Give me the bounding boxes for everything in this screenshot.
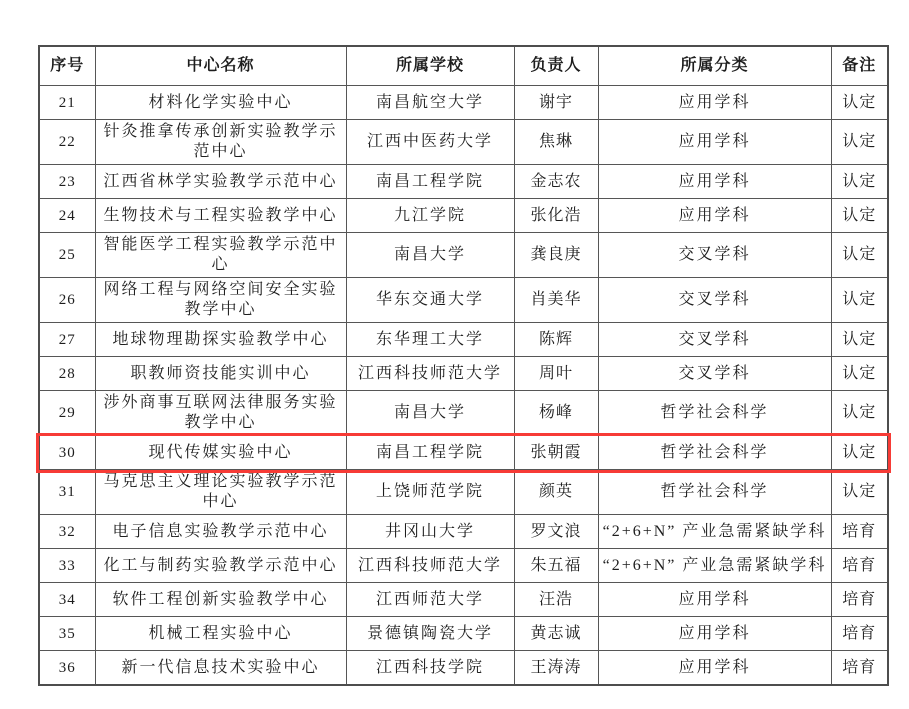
cell-no: 35 [39,617,95,651]
cell-no: 30 [39,436,95,470]
cell-school: 江西科技学院 [346,651,514,686]
cell-name: 材料化学实验中心 [95,86,346,120]
cell-leader: 肖美华 [514,278,598,323]
cell-name: 涉外商事互联网法律服务实验 教学中心 [95,391,346,436]
cell-name: 软件工程创新实验教学中心 [95,583,346,617]
cell-no: 32 [39,515,95,549]
header-row: 序号 中心名称 所属学校 负责人 所属分类 备注 [39,46,888,86]
cell-school: 南昌工程学院 [346,436,514,470]
col-header-school: 所属学校 [346,46,514,86]
cell-remark: 认定 [831,470,888,515]
cell-remark: 认定 [831,199,888,233]
centers-table: 序号 中心名称 所属学校 负责人 所属分类 备注 21材料化学实验中心南昌航空大… [38,45,889,686]
cell-category: 应用学科 [598,583,831,617]
cell-no: 28 [39,357,95,391]
cell-name: 针灸推拿传承创新实验教学示 范中心 [95,120,346,165]
col-header-no: 序号 [39,46,95,86]
cell-name: 新一代信息技术实验中心 [95,651,346,686]
table-row: 35机械工程实验中心景德镇陶瓷大学黄志诚应用学科培育 [39,617,888,651]
col-header-remark: 备注 [831,46,888,86]
cell-no: 29 [39,391,95,436]
cell-no: 31 [39,470,95,515]
table-row: 27地球物理勘探实验教学中心东华理工大学陈辉交叉学科认定 [39,323,888,357]
table-row: 26网络工程与网络空间安全实验 教学中心华东交通大学肖美华交叉学科认定 [39,278,888,323]
cell-school: 东华理工大学 [346,323,514,357]
cell-category: “2+6+N” 产业急需紧缺学科 [598,549,831,583]
cell-school: 南昌工程学院 [346,165,514,199]
col-header-category: 所属分类 [598,46,831,86]
table-row-highlighted: 30现代传媒实验中心南昌工程学院张朝霞哲学社会科学认定 [39,436,888,470]
cell-category: 哲学社会科学 [598,436,831,470]
cell-school: 九江学院 [346,199,514,233]
cell-leader: 朱五福 [514,549,598,583]
cell-category: 应用学科 [598,120,831,165]
cell-name: 马克思主义理论实验教学示范 中心 [95,470,346,515]
table-row: 32电子信息实验教学示范中心井冈山大学罗文浪“2+6+N” 产业急需紧缺学科培育 [39,515,888,549]
cell-remark: 认定 [831,436,888,470]
table-row: 28职教师资技能实训中心江西科技师范大学周叶交叉学科认定 [39,357,888,391]
cell-name: 生物技术与工程实验教学中心 [95,199,346,233]
cell-no: 26 [39,278,95,323]
cell-category: 哲学社会科学 [598,391,831,436]
cell-no: 21 [39,86,95,120]
cell-category: 应用学科 [598,651,831,686]
cell-remark: 认定 [831,278,888,323]
cell-no: 24 [39,199,95,233]
cell-remark: 培育 [831,617,888,651]
cell-remark: 认定 [831,323,888,357]
table-row: 21材料化学实验中心南昌航空大学谢宇应用学科认定 [39,86,888,120]
table-row: 33化工与制药实验教学示范中心江西科技师范大学朱五福“2+6+N” 产业急需紧缺… [39,549,888,583]
cell-remark: 培育 [831,515,888,549]
cell-leader: 张朝霞 [514,436,598,470]
cell-leader: 焦琳 [514,120,598,165]
cell-no: 23 [39,165,95,199]
cell-school: 南昌航空大学 [346,86,514,120]
cell-remark: 认定 [831,391,888,436]
cell-category: 应用学科 [598,617,831,651]
cell-leader: 陈辉 [514,323,598,357]
cell-remark: 培育 [831,583,888,617]
cell-category: 应用学科 [598,86,831,120]
cell-name: 机械工程实验中心 [95,617,346,651]
cell-school: 上饶师范学院 [346,470,514,515]
cell-no: 22 [39,120,95,165]
cell-leader: 谢宇 [514,86,598,120]
cell-remark: 培育 [831,549,888,583]
cell-school: 南昌大学 [346,233,514,278]
cell-no: 33 [39,549,95,583]
table-row: 34软件工程创新实验教学中心江西师范大学汪浩应用学科培育 [39,583,888,617]
cell-remark: 认定 [831,357,888,391]
cell-category: 应用学科 [598,165,831,199]
table-body: 21材料化学实验中心南昌航空大学谢宇应用学科认定22针灸推拿传承创新实验教学示 … [39,86,888,686]
cell-leader: 金志农 [514,165,598,199]
cell-school: 井冈山大学 [346,515,514,549]
cell-remark: 认定 [831,233,888,278]
cell-leader: 张化浩 [514,199,598,233]
cell-school: 江西师范大学 [346,583,514,617]
cell-category: 交叉学科 [598,323,831,357]
cell-leader: 杨峰 [514,391,598,436]
cell-leader: 周叶 [514,357,598,391]
col-header-name: 中心名称 [95,46,346,86]
cell-category: 应用学科 [598,199,831,233]
cell-school: 江西科技师范大学 [346,357,514,391]
cell-leader: 龚良庚 [514,233,598,278]
cell-name: 网络工程与网络空间安全实验 教学中心 [95,278,346,323]
cell-school: 江西科技师范大学 [346,549,514,583]
cell-category: 交叉学科 [598,233,831,278]
cell-remark: 培育 [831,651,888,686]
cell-school: 江西中医药大学 [346,120,514,165]
cell-remark: 认定 [831,120,888,165]
table-row: 36新一代信息技术实验中心江西科技学院王涛涛应用学科培育 [39,651,888,686]
cell-leader: 罗文浪 [514,515,598,549]
table-row: 22针灸推拿传承创新实验教学示 范中心江西中医药大学焦琳应用学科认定 [39,120,888,165]
cell-category: 交叉学科 [598,278,831,323]
table-row: 24生物技术与工程实验教学中心九江学院张化浩应用学科认定 [39,199,888,233]
cell-category: “2+6+N” 产业急需紧缺学科 [598,515,831,549]
table-row: 29涉外商事互联网法律服务实验 教学中心南昌大学杨峰哲学社会科学认定 [39,391,888,436]
cell-name: 地球物理勘探实验教学中心 [95,323,346,357]
cell-remark: 认定 [831,165,888,199]
cell-name: 化工与制药实验教学示范中心 [95,549,346,583]
cell-no: 36 [39,651,95,686]
table-row: 23江西省林学实验教学示范中心南昌工程学院金志农应用学科认定 [39,165,888,199]
cell-name: 现代传媒实验中心 [95,436,346,470]
cell-school: 华东交通大学 [346,278,514,323]
table-row: 31马克思主义理论实验教学示范 中心上饶师范学院颜英哲学社会科学认定 [39,470,888,515]
cell-category: 交叉学科 [598,357,831,391]
col-header-leader: 负责人 [514,46,598,86]
cell-leader: 汪浩 [514,583,598,617]
document-page: 序号 中心名称 所属学校 负责人 所属分类 备注 21材料化学实验中心南昌航空大… [0,0,909,709]
cell-school: 景德镇陶瓷大学 [346,617,514,651]
cell-name: 电子信息实验教学示范中心 [95,515,346,549]
cell-name: 江西省林学实验教学示范中心 [95,165,346,199]
cell-school: 南昌大学 [346,391,514,436]
cell-leader: 颜英 [514,470,598,515]
cell-no: 27 [39,323,95,357]
cell-name: 职教师资技能实训中心 [95,357,346,391]
cell-no: 25 [39,233,95,278]
cell-leader: 黄志诚 [514,617,598,651]
cell-leader: 王涛涛 [514,651,598,686]
table-row: 25智能医学工程实验教学示范中心南昌大学龚良庚交叉学科认定 [39,233,888,278]
cell-name: 智能医学工程实验教学示范中心 [95,233,346,278]
cell-remark: 认定 [831,86,888,120]
cell-category: 哲学社会科学 [598,470,831,515]
cell-no: 34 [39,583,95,617]
